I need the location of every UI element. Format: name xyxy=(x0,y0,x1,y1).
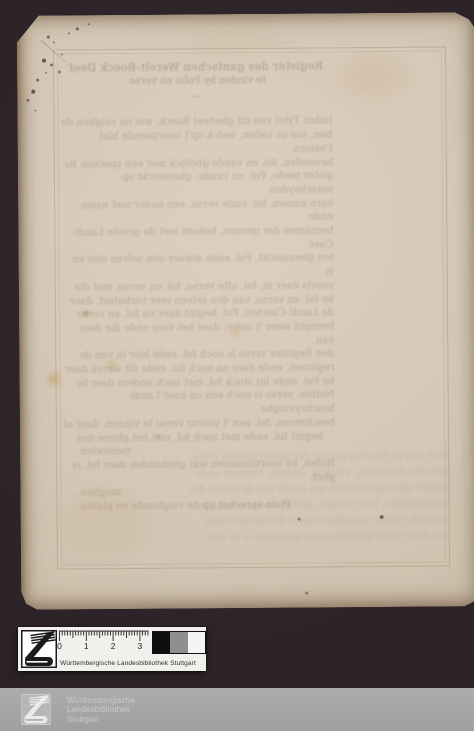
ruler-number: 1 xyxy=(84,641,89,651)
calibration-patch xyxy=(170,632,187,653)
ghost-line: hare namen, fol. ende verso, een ander m… xyxy=(61,197,333,227)
color-calibration-card: 0123 Württembergische Landesbibliothek S… xyxy=(18,627,206,671)
ghost-line: brenght weer 't selve, daer het voor end… xyxy=(62,320,334,350)
stains-overlay xyxy=(17,12,474,16)
stain xyxy=(76,27,79,30)
scan-background: { "colors": { "background": "#2b2227", "… xyxy=(0,0,474,731)
bleedthrough-text-faint: daer van de beschryvinghe der selver lan… xyxy=(170,448,451,546)
ghost-line: Notitie, verso is noch een op haer Landt… xyxy=(63,389,335,419)
page-stack-edge xyxy=(17,16,30,610)
ghost-heading-2: te vinden by Folio en verso. xyxy=(60,73,332,89)
footer-org-line: Württembergische xyxy=(67,696,135,705)
ruler-baseline xyxy=(59,631,149,632)
stain xyxy=(88,23,90,25)
ruler-number: 0 xyxy=(57,641,62,651)
ghost-line: toenamen der geenen, bekent met de groot… xyxy=(61,224,333,254)
stain xyxy=(305,592,308,595)
ghost-line: gister mede, Fol. en vande, ghemerckt op… xyxy=(61,170,333,200)
calibration-patches xyxy=(152,631,206,654)
ghost-ornament: ⁓ xyxy=(60,91,332,105)
ruler-number: 3 xyxy=(138,641,143,651)
stain xyxy=(36,79,39,82)
bleedthrough-text: Register des gantschen Werelt-Boeck Deel… xyxy=(60,59,336,514)
stain xyxy=(42,59,46,63)
footer-org-line: Stuttgart xyxy=(67,715,135,724)
ruler-number: 2 xyxy=(111,641,116,651)
stain xyxy=(26,99,29,102)
calibration-patch xyxy=(188,632,205,653)
ghost-line: han, soo os vallen, welck op't voorgaend… xyxy=(61,128,333,158)
stain xyxy=(45,72,47,74)
viewer-footer: Württembergische Landesbibliothek Stuttg… xyxy=(0,688,474,731)
ghost-line: ten ghemaeckt, Fol. ende alwaer den selv… xyxy=(62,252,334,282)
stain xyxy=(47,36,50,39)
calibration-patch xyxy=(153,632,170,653)
stain xyxy=(31,90,35,94)
footer-org-line: Landesbibliothek xyxy=(67,705,135,714)
wlb-logo-icon xyxy=(20,694,52,725)
ruler-numbers: 0123 xyxy=(58,641,152,653)
ghost-faint-line: wat daer meer aenmerckens weerdigh is te… xyxy=(171,528,451,546)
stain xyxy=(34,110,36,112)
ghost-heading-1: Register des gantschen Werelt-Boeck Deel xyxy=(60,59,332,75)
footer-org-name: Württembergische Landesbibliothek Stuttg… xyxy=(67,696,135,724)
book-page: Register des gantschen Werelt-Boeck Deel… xyxy=(17,12,474,610)
stain xyxy=(53,42,55,44)
stain xyxy=(68,32,70,34)
card-caption: Württembergische Landesbibliothek Stuttg… xyxy=(52,660,204,668)
ghost-line: begint fol. ende met noch fol. met het g… xyxy=(63,430,335,446)
